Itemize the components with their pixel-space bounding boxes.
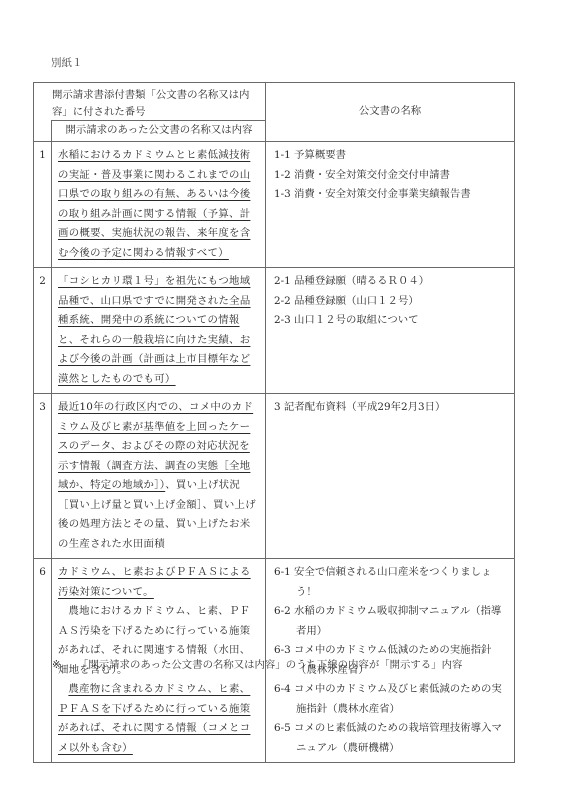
document-item: 1-2 消費・安全対策交付金交付申請書 bbox=[274, 166, 508, 186]
document-item: 2-3 山口１２号の取組について bbox=[274, 311, 508, 331]
request-text-underlined: カドミウム、ヒ素およびＰＦＡＳによる汚染対策について。 bbox=[58, 566, 251, 598]
footnote-text: 「開示請求のあった公文書の名称又は内容」のうち下線の内容が「開示する」内容 bbox=[78, 659, 462, 671]
document-item: 6-4 コメ中のカドミウム及びヒ素低減のための実施指針（農林水産省） bbox=[274, 680, 508, 719]
document-item: 6-1 安全で信頼される山口産米をつくりましょう！ bbox=[274, 563, 508, 602]
request-text-underlined: 「コシヒカリ環１号」を祖先にもつ地域品種で、山口県ですでに開発された全品種系統、… bbox=[58, 275, 251, 385]
header-document-name: 公文書の名称 bbox=[266, 83, 515, 142]
table-row: 2 「コシヒカリ環１号」を祖先にもつ地域品種で、山口県ですでに開発された全品種系… bbox=[34, 268, 515, 394]
request-content: 「コシヒカリ環１号」を祖先にもつ地域品種で、山口県ですでに開発された全品種系統、… bbox=[52, 268, 266, 394]
table-header-row: 開示請求書添付書類「公文書の名称又は内容」に付された番号 開示請求のあった公文書… bbox=[34, 83, 515, 142]
footnote-mark: ※ bbox=[52, 659, 78, 671]
request-content: 最近10年の行政区内での、コメ中のカドミウム及びヒ素が基準値を上回ったケースのデ… bbox=[52, 394, 266, 559]
document-item: 1-1 予算概要書 bbox=[274, 146, 508, 166]
document-item: 2-1 品種登録願（晴るるＲ０４） bbox=[274, 272, 508, 292]
document-list: 3 記者配布資料（平成29年2月3日） bbox=[266, 394, 515, 559]
request-text-underlined: 水稲におけるカドミウムとヒ素低減技術の実証・普及事業に関わるこれまでの山口県での… bbox=[58, 149, 250, 259]
document-item: 2-2 品種登録願（山口１２号） bbox=[274, 292, 508, 312]
request-text-underlined: 最近10年の行政区内での、コメ中のカドミウム及びヒ素が基準値を上回ったケースのデ… bbox=[58, 401, 253, 491]
document-list: 1-1 予算概要書 1-2 消費・安全対策交付金交付申請書 1-3 消費・安全対… bbox=[266, 142, 515, 268]
row-number: 1 bbox=[34, 142, 52, 268]
row-number: 2 bbox=[34, 268, 52, 394]
header-attachment-number: 開示請求書添付書類「公文書の名称又は内容」に付された番号 bbox=[34, 83, 265, 121]
table-row: 3 最近10年の行政区内での、コメ中のカドミウム及びヒ素が基準値を上回ったケース… bbox=[34, 394, 515, 559]
request-text-underlined: 農産物に含まれるカドミウム、ヒ素、ＰＦＡＳを下げるために行っている施策があれば、… bbox=[58, 683, 250, 754]
document-item: 3 記者配布資料（平成29年2月3日） bbox=[274, 398, 508, 418]
document-list: 2-1 品種登録願（晴るるＲ０４） 2-2 品種登録願（山口１２号） 2-3 山… bbox=[266, 268, 515, 394]
request-content: 水稲におけるカドミウムとヒ素低減技術の実証・普及事業に関わるこれまでの山口県での… bbox=[52, 142, 266, 268]
row-number: 6 bbox=[34, 559, 52, 763]
footnote: ※「開示請求のあった公文書の名称又は内容」のうち下線の内容が「開示する」内容 bbox=[52, 656, 462, 671]
page-label: 別紙１ bbox=[51, 55, 83, 70]
header-left-cell: 開示請求書添付書類「公文書の名称又は内容」に付された番号 開示請求のあった公文書… bbox=[34, 83, 266, 142]
document-item: 1-3 消費・安全対策交付金事業実績報告書 bbox=[274, 185, 508, 205]
document-item: 6-5 コメのヒ素低減のための栽培管理技術導入マニュアル（農研機構） bbox=[274, 719, 508, 758]
document-item: 6-2 水稲のカドミウム吸収抑制マニュアル（指導者用） bbox=[274, 602, 508, 641]
row-number: 3 bbox=[34, 394, 52, 559]
header-requested-document: 開示請求のあった公文書の名称又は内容 bbox=[51, 120, 266, 142]
table-row: 1 水稲におけるカドミウムとヒ素低減技術の実証・普及事業に関わるこれまでの山口県… bbox=[34, 142, 515, 268]
